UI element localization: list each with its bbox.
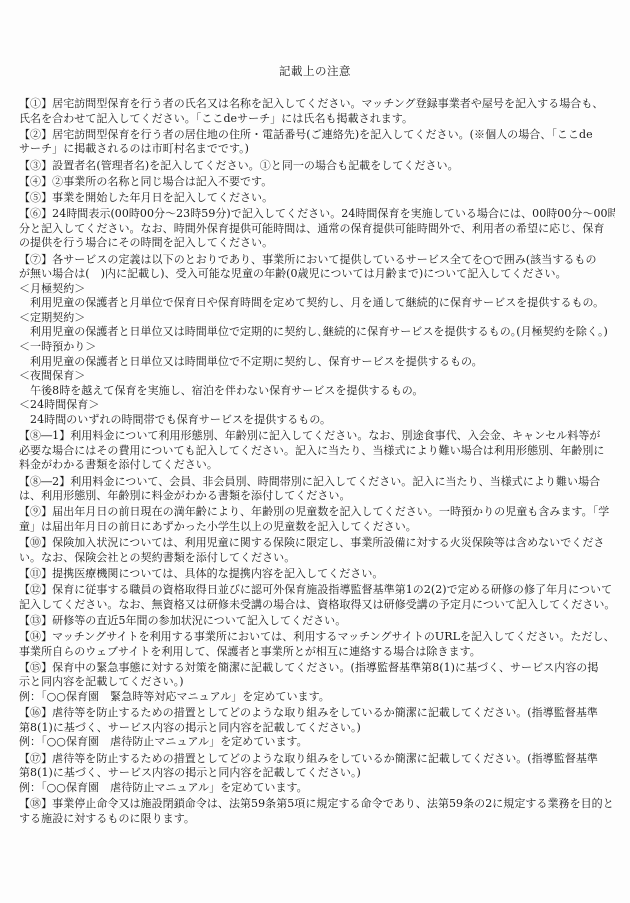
- note-line: 例：「○○保育園 虐待防止マニュアル」を定めています。: [19, 735, 615, 750]
- note-line: 【③】設置者名(管理者名)を記入してください。①と同一の場合も記載をしてください…: [19, 159, 615, 174]
- note-line: 【⑤】事業を開始した年月日を記入してください。: [19, 191, 615, 206]
- note-item-1: 【①】居宅訪問型保育を行う者の氏名又は名称を記入してください。マッチング登録事業…: [19, 97, 615, 126]
- note-item-10: 【⑩】保険加入状況については、利用児童に関する保険に限定し、事業所設備に対する火…: [19, 536, 615, 565]
- note-line: 【⑨】届出年月日の前日現在の満年齢により、年齢別の児童数を記入してください。一時…: [19, 505, 615, 520]
- note-item-3: 【③】設置者名(管理者名)を記入してください。①と同一の場合も記載をしてください…: [19, 159, 615, 174]
- note-line: 必要な場合にはその費用についても記入してください。記入に当たり、当様式により難い…: [19, 444, 615, 459]
- note-item-11: 【⑪】提携医療機関については、具体的な提携内容を記入してください。: [19, 567, 615, 582]
- note-line: 【⑯】虐待等を防止するための措置としてどのような取り組みをしているか簡潔に記載し…: [19, 706, 615, 721]
- note-line: 第8(1)に基づく、サービス内容の掲示と同内容を記載してください。): [19, 766, 615, 781]
- note-line: い。なお、保険会社との契約書類を添付してください。: [19, 551, 615, 566]
- note-line: 午後8時を越えて保育を実施し、宿泊を伴わない保育サービスを提供するもの。: [19, 384, 615, 399]
- note-line: ＜夜間保育＞: [19, 369, 615, 384]
- note-line: 例：「○○保育園 緊急時等対応マニュアル」を定めています。: [19, 690, 615, 705]
- note-line: 【⑦】各サービスの定義は以下のとおりであり、事業所において提供しているサービス全…: [19, 253, 615, 268]
- note-line: 【④】②事業所の名称と同じ場合は記入不要です。: [19, 175, 615, 190]
- note-item-12: 【⑫】保育に従事する職員の資格取得日並びに認可外保育施設指導監督基準第1の2(2…: [19, 583, 615, 612]
- note-line: 【⑱】事業停止命令又は施設閉鎖命令は、法第59条第5項に規定する命令であり、法第…: [19, 797, 615, 812]
- note-item-7: 【⑦】各サービスの定義は以下のとおりであり、事業所において提供しているサービス全…: [19, 253, 615, 428]
- note-item-8-2: 【⑧―2】利用料金について、会員、非会員別、時間帯別に記入してください。記入に当…: [19, 475, 615, 504]
- note-line: ＜24時間保育＞: [19, 398, 615, 413]
- note-item-17: 【⑰】虐待等を防止するための措置としてどのような取り組みをしているか簡潔に記載し…: [19, 752, 615, 796]
- note-item-4: 【④】②事業所の名称と同じ場合は記入不要です。: [19, 175, 615, 190]
- note-line: 【①】居宅訪問型保育を行う者の氏名又は名称を記入してください。マッチング登録事業…: [19, 97, 615, 112]
- note-item-2: 【②】居宅訪問型保育を行う者の居住地の住所・電話番号(ご連絡先)を記入してくださ…: [19, 128, 615, 157]
- note-item-13: 【⑬】研修等の直近5年間の参加状況について記入してください。: [19, 614, 615, 629]
- note-line: 料金がわかる書類を添付してください。: [19, 458, 615, 473]
- note-line: 事業所自らのウェブサイトを利用して、保護者と事業所とが相互に連絡する場合は除きま…: [19, 645, 615, 660]
- note-item-16: 【⑯】虐待等を防止するための措置としてどのような取り組みをしているか簡潔に記載し…: [19, 706, 615, 750]
- note-line: 利用児童の保護者と日単位又は時間単位で不定期に契約し、保育サービスを提供するもの…: [19, 355, 615, 370]
- note-line: 24時間のいずれの時間帯でも保育サービスを提供するもの。: [19, 413, 615, 428]
- note-line: 第8(1)に基づく、サービス内容の掲示と同内容を記載してください。): [19, 721, 615, 736]
- note-line: 【⑧―1】利用料金について利用形態別、年齢別に記入してください。なお、別途食事代…: [19, 429, 615, 444]
- note-line: 氏名を合わせて記入してください。「ここdeサーチ」には氏名も掲載されます。: [19, 112, 615, 127]
- note-item-15: 【⑮】保育中の緊急事態に対する対策を簡潔に記載してください。(指導監督基準第8(…: [19, 661, 615, 705]
- note-line: ＜月極契約＞: [19, 282, 615, 297]
- note-line: 【⑮】保育中の緊急事態に対する対策を簡潔に記載してください。(指導監督基準第8(…: [19, 661, 615, 676]
- note-item-5: 【⑤】事業を開始した年月日を記入してください。: [19, 191, 615, 206]
- notes-list: 【①】居宅訪問型保育を行う者の氏名又は名称を記入してください。マッチング登録事業…: [19, 97, 615, 828]
- note-item-6: 【⑥】24時間表示(00時00分～23時59分)で記入してください。24時間保育…: [19, 207, 615, 251]
- note-line: 【⑰】虐待等を防止するための措置としてどのような取り組みをしているか簡潔に記載し…: [19, 752, 615, 767]
- note-line: 童」は届出年月日の前日にあずかった小学生以上の児童数を記入してください。: [19, 520, 615, 535]
- note-line: する施設に対するものに限ります。: [19, 812, 615, 827]
- note-line: は、利用形態別、年齢別に料金がわかる書類を添付してください。: [19, 489, 615, 504]
- note-line: 【⑭】マッチングサイトを利用する事業所においては、利用するマッチングサイトのUR…: [19, 630, 615, 645]
- note-line: サーチ」に掲載されるのは市町村名までです。): [19, 142, 615, 157]
- note-line: 【⑪】提携医療機関については、具体的な提携内容を記入してください。: [19, 567, 615, 582]
- note-line: 利用児童の保護者と月単位で保育日や保育時間を定めて契約し、月を通して継続的に保育…: [19, 296, 615, 311]
- note-line: 【⑧―2】利用料金について、会員、非会員別、時間帯別に記入してください。記入に当…: [19, 475, 615, 490]
- note-line: ＜一時預かり＞: [19, 340, 615, 355]
- note-line: 【⑩】保険加入状況については、利用児童に関する保険に限定し、事業所設備に対する火…: [19, 536, 615, 551]
- note-item-8-1: 【⑧―1】利用料金について利用形態別、年齢別に記入してください。なお、別途食事代…: [19, 429, 615, 473]
- note-line: が無い場合は( )内に記載し)、受入可能な児童の年齢(0歳児については月齢まで)…: [19, 267, 615, 282]
- note-line: 【⑬】研修等の直近5年間の参加状況について記入してください。: [19, 614, 615, 629]
- note-line: の提供を行う場合にその時間を記入してください。: [19, 236, 615, 251]
- note-line: 【⑥】24時間表示(00時00分～23時59分)で記入してください。24時間保育…: [19, 207, 615, 222]
- note-item-14: 【⑭】マッチングサイトを利用する事業所においては、利用するマッチングサイトのUR…: [19, 630, 615, 659]
- page-title: 記載上の注意: [0, 63, 630, 79]
- note-line: 例：「○○保育園 虐待防止マニュアル」を定めています。: [19, 781, 615, 796]
- note-item-9: 【⑨】届出年月日の前日現在の満年齢により、年齢別の児童数を記入してください。一時…: [19, 505, 615, 534]
- note-line: 【②】居宅訪問型保育を行う者の居住地の住所・電話番号(ご連絡先)を記入してくださ…: [19, 128, 615, 143]
- note-line: 分と記入してください。なお、時間外保育提供可能時間は、通常の保育提供可能時間外で…: [19, 222, 615, 237]
- note-line: 示と同内容を記載してください。): [19, 675, 615, 690]
- note-line: 【⑫】保育に従事する職員の資格取得日並びに認可外保育施設指導監督基準第1の2(2…: [19, 583, 615, 598]
- note-item-18: 【⑱】事業停止命令又は施設閉鎖命令は、法第59条第5項に規定する命令であり、法第…: [19, 797, 615, 826]
- note-line: ＜定期契約＞: [19, 311, 615, 326]
- note-line: 記入してください。なお、無資格又は研修未受講の場合は、資格取得又は研修受講の予定…: [19, 598, 615, 613]
- note-line: 利用児童の保護者と日単位又は時間単位で定期的に契約し､継続的に保育サービスを提供…: [19, 325, 615, 340]
- document-page: 記載上の注意 【①】居宅訪問型保育を行う者の氏名又は名称を記入してください。マッ…: [0, 0, 630, 903]
